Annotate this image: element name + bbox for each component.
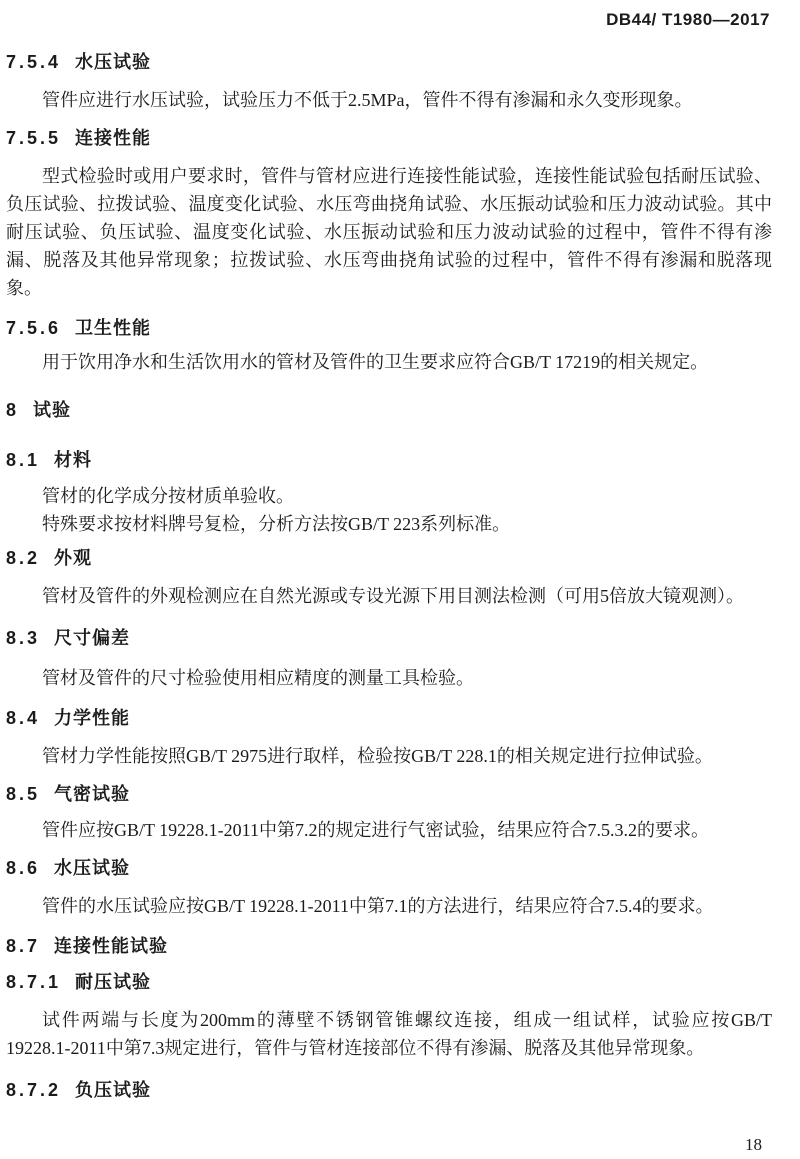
chapter-heading: 8试验 [6,398,772,422]
paragraph: 型式检验时或用户要求时，管件与管材应进行连接性能试验，连接性能试验包括耐压试验、… [6,162,772,302]
section-8-6: 8.6水压试验 管件的水压试验应按GB/T 19228.1-2011中第7.1的… [6,856,772,920]
paragraph: 管材力学性能按照GB/T 2975进行取样，检验按GB/T 228.1的相关规定… [6,742,772,770]
heading-number: 8.4 [6,708,40,728]
section-heading: 8.7.2负压试验 [6,1078,772,1102]
section-heading: 7.5.5连接性能 [6,126,772,150]
heading-number: 8.6 [6,858,40,878]
section-7-5-4: 7.5.4水压试验 管件应进行水压试验，试验压力不低于2.5MPa，管件不得有渗… [6,50,772,114]
heading-title: 连接性能试验 [54,936,168,956]
section-heading: 7.5.4水压试验 [6,50,772,74]
heading-number: 8.3 [6,628,40,648]
paragraph: 管件应进行水压试验，试验压力不低于2.5MPa，管件不得有渗漏和永久变形现象。 [6,86,772,114]
heading-number: 7.5.6 [6,318,61,338]
heading-title: 耐压试验 [75,972,151,992]
heading-title: 气密试验 [54,784,130,804]
section-heading: 8.1材料 [6,448,772,472]
heading-title: 材料 [54,450,92,470]
heading-number: 8.7.1 [6,972,61,992]
section-heading: 8.6水压试验 [6,856,772,880]
heading-title: 尺寸偏差 [54,628,130,648]
heading-number: 8.7.2 [6,1080,61,1100]
section-8-5: 8.5气密试验 管件应按GB/T 19228.1-2011中第7.2的规定进行气… [6,782,772,844]
heading-title: 水压试验 [54,858,130,878]
heading-number: 7.5.5 [6,128,61,148]
section-7-5-6: 7.5.6卫生性能 用于饮用净水和生活饮用水的管材及管件的卫生要求应符合GB/T… [6,316,772,376]
document-page: DB44/ T1980—2017 7.5.4水压试验 管件应进行水压试验，试验压… [0,0,800,1159]
section-8-7-2: 8.7.2负压试验 [6,1078,772,1102]
section-heading: 8.3尺寸偏差 [6,626,772,650]
heading-number: 8.2 [6,548,40,568]
section-8-2: 8.2外观 管材及管件的外观检测应在自然光源或专设光源下用目测法检测（可用5倍放… [6,546,772,610]
page-number: 18 [745,1135,762,1155]
section-heading: 8.5气密试验 [6,782,772,806]
section-heading: 8.7连接性能试验 [6,934,772,958]
section-heading: 7.5.6卫生性能 [6,316,772,340]
paragraph: 用于饮用净水和生活饮用水的管材及管件的卫生要求应符合GB/T 17219的相关规… [6,348,772,376]
section-heading: 8.2外观 [6,546,772,570]
heading-title: 负压试验 [75,1080,151,1100]
section-8: 8试验 [6,398,772,422]
section-8-4: 8.4力学性能 管材力学性能按照GB/T 2975进行取样，检验按GB/T 22… [6,706,772,770]
heading-title: 外观 [54,548,92,568]
section-8-1: 8.1材料 管材的化学成分按材质单验收。 特殊要求按材料牌号复检，分析方法按GB… [6,448,772,538]
section-8-7-1: 8.7.1耐压试验 试件两端与长度为200mm的薄壁不锈钢管锥螺纹连接，组成一组… [6,970,772,1062]
heading-number: 8.1 [6,450,40,470]
heading-title: 连接性能 [75,128,151,148]
paragraph: 特殊要求按材料牌号复检，分析方法按GB/T 223系列标准。 [6,510,772,538]
heading-title: 力学性能 [54,708,130,728]
heading-title: 卫生性能 [75,318,151,338]
doc-number: DB44/ T1980—2017 [606,10,770,29]
heading-number: 8.5 [6,784,40,804]
section-7-5-5: 7.5.5连接性能 型式检验时或用户要求时，管件与管材应进行连接性能试验，连接性… [6,126,772,302]
heading-title: 水压试验 [75,52,151,72]
section-8-7: 8.7连接性能试验 [6,934,772,958]
heading-number: 8 [6,400,19,420]
section-heading: 8.7.1耐压试验 [6,970,772,994]
heading-number: 8.7 [6,936,40,956]
heading-title: 试验 [33,400,71,420]
page-header: DB44/ T1980—2017 [6,10,772,30]
paragraph: 管件的水压试验应按GB/T 19228.1-2011中第7.1的方法进行，结果应… [6,892,772,920]
paragraph: 管材及管件的尺寸检验使用相应精度的测量工具检验。 [6,664,772,692]
paragraph: 管材及管件的外观检测应在自然光源或专设光源下用目测法检测（可用5倍放大镜观测）。 [6,582,772,610]
paragraph: 管件应按GB/T 19228.1-2011中第7.2的规定进行气密试验，结果应符… [6,816,772,844]
heading-number: 7.5.4 [6,52,61,72]
section-8-3: 8.3尺寸偏差 管材及管件的尺寸检验使用相应精度的测量工具检验。 [6,626,772,692]
paragraph: 试件两端与长度为200mm的薄壁不锈钢管锥螺纹连接，组成一组试样，试验应按GB/… [6,1006,772,1062]
section-heading: 8.4力学性能 [6,706,772,730]
paragraph: 管材的化学成分按材质单验收。 [6,482,772,510]
